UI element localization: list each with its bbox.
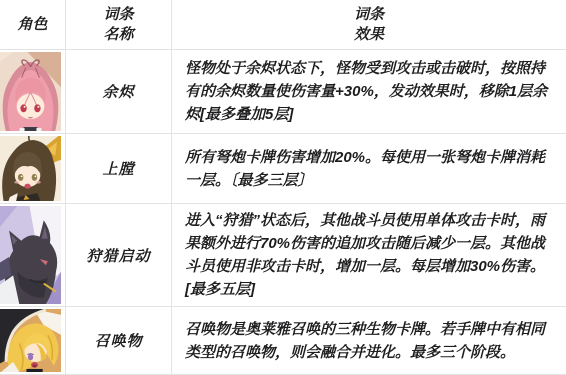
- term-name-zhaohuanwu: 召唤物: [66, 307, 172, 375]
- term-effect-zhaohuanwu: 召唤物是奥莱雅召唤的三种生物卡牌。若手牌中有相同类型的召唤物，则会融合并进化。最…: [172, 307, 566, 375]
- table-row-3-avatar-cell: [0, 204, 66, 307]
- term-name-shangtang: 上膛: [66, 134, 172, 204]
- term-effect-yujin: 怪物处于余烬状态下，怪物受到攻击或击破时，按照持有的余烬数量使伤害量+30%，发…: [172, 50, 566, 134]
- blonde-hooded-girl-portrait: [0, 309, 61, 372]
- table-row-4-avatar-cell: [0, 307, 66, 375]
- pink-haired-girl-portrait: [0, 52, 61, 131]
- header-character: 角色: [0, 0, 66, 50]
- term-name-shoulie-qidong: 狩猎启动: [66, 204, 172, 307]
- brown-haired-girl-portrait: [0, 136, 61, 201]
- term-effect-shoulie-qidong: 进入“狩猎”状态后，其他战斗员使用单体攻击卡时，雨果额外进行70%伤害的追加攻击…: [172, 204, 566, 307]
- table-row-1-avatar-cell: [0, 50, 66, 134]
- header-term-name: 词条 名称: [66, 0, 172, 50]
- table-row-2-avatar-cell: [0, 134, 66, 204]
- terms-table: 角色 词条 名称 词条 效果 余烬 怪物处于余烬状态下，怪物受到攻击或击破时，按…: [0, 0, 566, 375]
- header-term-effect: 词条 效果: [172, 0, 566, 50]
- wolf-warrior-portrait: [0, 206, 61, 304]
- term-name-yujin: 余烬: [66, 50, 172, 134]
- term-effect-shangtang: 所有弩炮卡牌伤害增加20%。每使用一张弩炮卡牌消耗一层。〔最多三层〕: [172, 134, 566, 204]
